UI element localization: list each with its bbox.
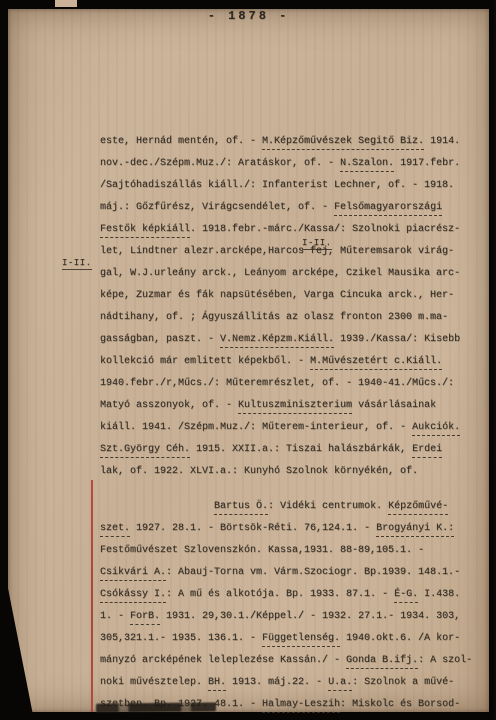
text-segment: 1940.febr./r,Műcs./: Műteremrészlet, of.… [100, 378, 454, 389]
text-line: nádtihany, of. ; Ágyuszállitás az olasz … [100, 307, 482, 329]
underlined-text: Csókássy I. [100, 589, 166, 603]
text-segment: . 1918.febr.-márc./Kassa/: Szolnoki piac… [190, 224, 460, 235]
text-segment: kollekció már emlitett képekből. - [100, 356, 310, 367]
text-line: gasságban, paszt. - V.Nemz.Képzm.Kiáll. … [100, 329, 482, 351]
text-line: mányzó arcképének leleplezése Kassán./ -… [100, 650, 482, 672]
text-segment: képe, Zuzmar és fák napsütésében, Varga … [100, 290, 454, 301]
inserted-annotation: I-II. [62, 258, 92, 268]
text-line: Matyó asszonyok, of. - Kultuszminiszteri… [100, 395, 482, 417]
text-segment: : Szolnok a művé- [352, 677, 454, 688]
underlined-text: Képzőművé- [388, 501, 448, 515]
inserted-annotation: I-II. [302, 238, 332, 248]
underlined-text: Brogyányi K.: [376, 523, 454, 537]
underlined-text: Szt.György Céh. [100, 444, 190, 458]
text-segment: este, Hernád mentén, of. - [100, 136, 262, 147]
text-line: Szt.György Céh. 1915. XXII.a.: Tiszai ha… [100, 439, 482, 461]
text-line: Bartus Ö.: Vidéki centrumok. Képzőművé- [100, 496, 482, 518]
text-line: kiáll. 1941. /Szépm.Muz./: Műterem-inter… [100, 417, 482, 439]
text-line: /Sajtóhadiszállás kiáll./: Infanterist L… [100, 175, 482, 197]
text-segment: gal, W.J.urleány arck., Leányom arcképe,… [100, 268, 460, 279]
text-segment: 1913. máj.22. - [226, 677, 328, 688]
text-line: noki művésztelep. BH. 1913. máj.22. - U.… [100, 672, 482, 694]
text-line: 1940.febr./r,Műcs./: Műteremrészlet, of.… [100, 373, 482, 395]
underlined-text: M.Művészetért c.Kiáll. [310, 356, 442, 370]
text-line: lak, of. 1922. XLVI.a.: Kunyhó Szolnok k… [100, 461, 482, 483]
text-line: Csókássy I.: A mű és alkotója. Bp. 1933.… [100, 584, 482, 606]
underlined-text: V.Nemz.Képzm.Kiáll. [220, 334, 334, 348]
text-segment: nov.-dec./Szépm.Muz./: Aratáskor, of. - [100, 158, 340, 169]
text-line: képe, Zuzmar és fák napsütésében, Varga … [100, 285, 482, 307]
underlined-text: Festők képkiáll [100, 224, 190, 238]
underlined-text: Függetlenség. [262, 633, 340, 647]
text-line: Festők képkiáll. 1918.febr.-márc./Kassa/… [100, 219, 482, 241]
underlined-text: BH. [208, 677, 226, 691]
underlined-text: Kultuszminiszterium [238, 400, 352, 414]
text-line: kollekció már emlitett képekből. - M.Műv… [100, 351, 482, 373]
inserted-annotation-text: I-II. [62, 258, 92, 270]
underlined-text: Halmay-Leszih [262, 699, 340, 713]
underlined-text: ForB. [130, 611, 160, 625]
text-segment: Festőművészet Szlovenszkón. Kassa,1931. … [100, 545, 424, 556]
underlined-text: É-G. [394, 589, 418, 603]
cut-off-text-smudge [96, 702, 216, 712]
text-line: 1. - ForB. 1931. 29,30.1./Képpel./ - 193… [100, 606, 482, 628]
text-segment: lak, of. 1922. XLVI.a.: Kunyhó Szolnok k… [100, 466, 418, 477]
underlined-text: M.Képzőművészek Segitő Biz. [262, 136, 424, 150]
text-segment: let, Lindtner alezr.arcképe,Harcos fej, … [100, 246, 454, 257]
page-number: - 1878 - [8, 9, 489, 23]
text-segment: 1940.okt.6. /A kor- [340, 633, 460, 644]
underlined-text: Gonda B.ifj. [346, 655, 418, 669]
text-segment: Matyó asszonyok, of. - [100, 400, 238, 411]
text-segment: 1927. 28.1. - Börtsök-Réti. 76,124.1. - [130, 523, 376, 534]
paragraph-2: Bartus Ö.: Vidéki centrumok. Képzőművé-s… [100, 496, 482, 716]
underlined-text: U.a. [328, 677, 352, 691]
underlined-text: Felsőmagyarországi [334, 202, 442, 216]
text-segment: 1. - [100, 611, 130, 622]
text-segment: : A szol- [418, 655, 472, 666]
underlined-text: Bartus Ö. [214, 501, 268, 515]
inserted-annotation-text: I-II. [302, 238, 332, 250]
text-line: nov.-dec./Szépm.Muz./: Aratáskor, of. - … [100, 153, 482, 175]
text-segment: 1931. 29,30.1./Képpel./ - 1932. 27.1.- 1… [160, 611, 460, 622]
text-line: gal, W.J.urleány arck., Leányom arcképe,… [100, 263, 482, 285]
text-line: Csikvári A.: Abauj-Torna vm. Várm.Szocio… [100, 562, 482, 584]
text-segment: nádtihany, of. ; Ágyuszállitás az olasz … [100, 312, 448, 323]
text-segment: mányzó arcképének leleplezése Kassán./ - [100, 655, 346, 666]
paragraph-1: este, Hernád mentén, of. - M.Képzőművész… [100, 131, 482, 483]
text-block: este, Hernád mentén, of. - M.Képzőművész… [100, 131, 482, 716]
text-segment: : Abauj-Torna vm. Várm.Szociogr. Bp.1939… [166, 567, 460, 578]
text-segment: : Vidéki centrumok. [268, 501, 388, 512]
text-line: 305,321.1.- 1935. 136.1. - Függetlenség.… [100, 628, 482, 650]
underlined-text: N.Szalon. [340, 158, 394, 172]
text-segment: 1915. XXII.a.: Tiszai halászbárkák, [190, 444, 412, 455]
underlined-text: Aukciók. [412, 422, 460, 436]
paper: - 1878 - este, Hernád mentén, of. - M.Ké… [8, 9, 489, 712]
text-segment: I.438. [418, 589, 460, 600]
scan-edge-notch [55, 0, 77, 7]
text-segment: 305,321.1.- 1935. 136.1. - [100, 633, 262, 644]
text-line: szet. 1927. 28.1. - Börtsök-Réti. 76,124… [100, 518, 482, 540]
text-line: Festőművészet Szlovenszkón. Kassa,1931. … [100, 540, 482, 562]
text-line: let, Lindtner alezr.arcképe,Harcos fej, … [100, 241, 482, 263]
text-segment: gasságban, paszt. - [100, 334, 220, 345]
text-segment: 1917.febr. [394, 158, 460, 169]
text-line: este, Hernád mentén, of. - M.Képzőművész… [100, 131, 482, 153]
scanned-page: - 1878 - este, Hernád mentén, of. - M.Ké… [0, 0, 496, 720]
text-segment: kiáll. 1941. /Szépm.Muz./: Műterem-inter… [100, 422, 412, 433]
text-segment: 1914. [424, 136, 460, 147]
text-segment: noki művésztelep. [100, 677, 208, 688]
underlined-text: Csikvári A. [100, 567, 166, 581]
red-margin-line [91, 480, 93, 712]
text-segment [100, 501, 214, 512]
text-line: máj.: Gőzfűrész, Virágcsendélet, of. - F… [100, 197, 482, 219]
text-segment: : A mű és alkotója. Bp. 1933. 87.1. - [166, 589, 394, 600]
underlined-text: Erdei [412, 444, 442, 458]
text-segment: máj.: Gőzfűrész, Virágcsendélet, of. - [100, 202, 334, 213]
text-segment: : Miskolc és Borsod- [340, 699, 460, 710]
text-segment: vásárlásainak [352, 400, 436, 411]
underlined-text: szet. [100, 523, 130, 537]
text-segment: /Sajtóhadiszállás kiáll./: Infanterist L… [100, 180, 454, 191]
text-segment: 1939./Kassa/: Kisebb [334, 334, 460, 345]
